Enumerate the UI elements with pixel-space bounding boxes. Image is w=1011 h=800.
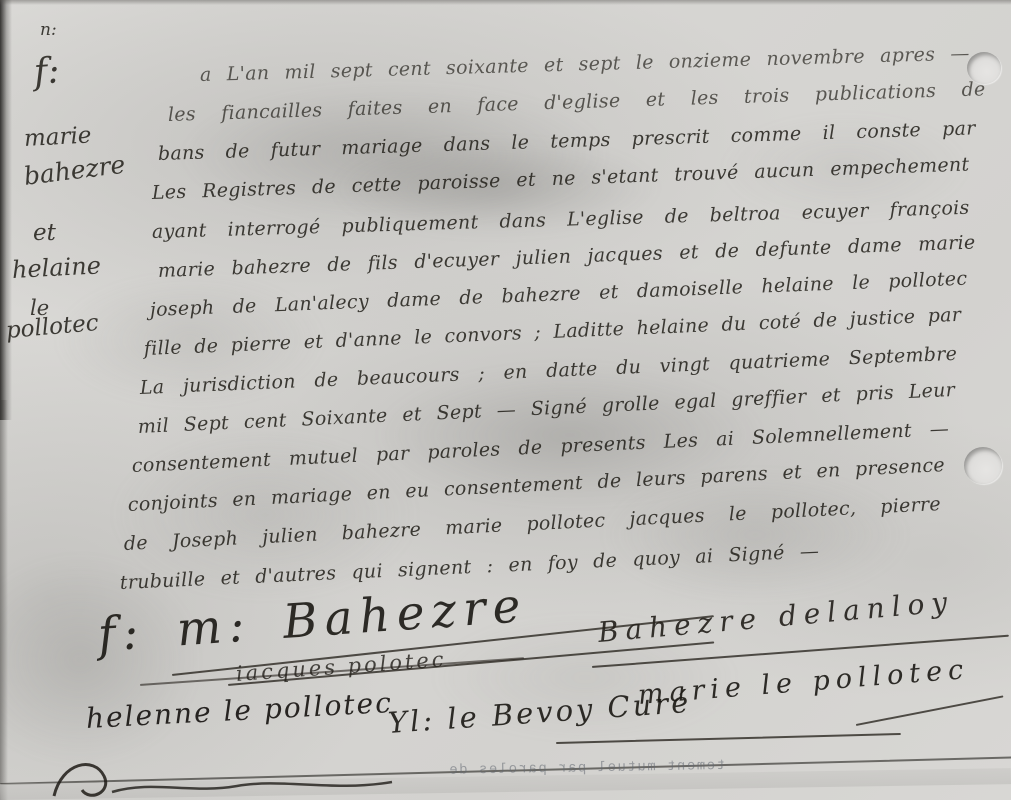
punch-hole-bottom [964,447,1002,484]
scanned-register-page: n: f: marie bahezre et helaine le pollot… [0,0,1011,800]
margin-note: marie [23,122,92,151]
marie-flourish [856,695,1004,726]
margin-note: n: [40,20,57,40]
scan-left-edge-lower [0,400,8,800]
margin-note: bahezre [22,150,127,191]
margin-note: et [33,220,56,246]
margin-note: f: [33,50,61,93]
margin-note: helaine [11,251,101,284]
scan-left-edge [0,0,12,420]
scan-top-edge [0,0,1011,5]
